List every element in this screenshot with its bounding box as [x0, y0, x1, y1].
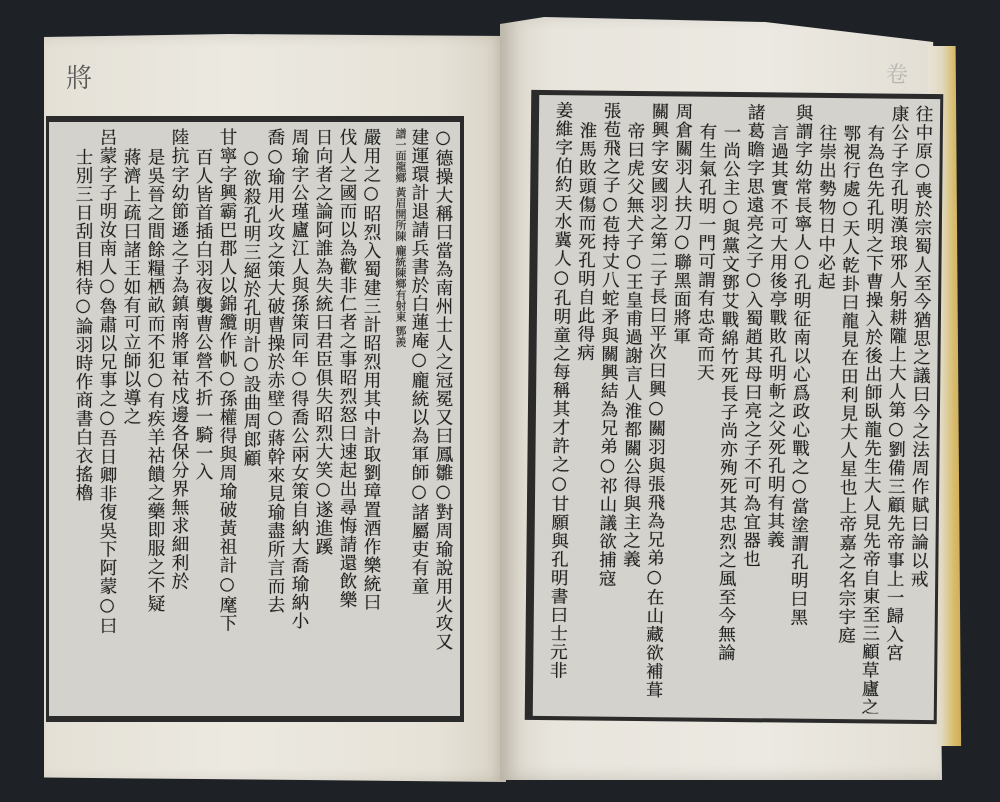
text-column: ○德操大稱曰當為南州士人之冠冕又曰鳳雛○對周瑜說用火攻又 — [432, 128, 454, 710]
text-column: 日向者之論阿誰為失統曰君臣俱失昭烈大笑○遂進蹊 — [312, 128, 334, 710]
text-column: 蔣濟上疏曰諸王如有可立師以導之 — [120, 128, 142, 710]
left-print-block: ○德操大稱曰當為南州士人之冠冕又曰鳳雛○對周瑜說用火攻又 建運環計退請兵書於白蓮… — [46, 116, 464, 722]
left-text-columns: ○德操大稱曰當為南州士人之冠冕又曰鳳雛○對周瑜說用火攻又 建運環計退請兵書於白蓮… — [55, 128, 454, 710]
text-column: 伐人之國而以為歡非仁者之事昭烈怒曰速起出尋悔請還飲樂 — [336, 128, 358, 710]
text-column: 陸抗字幼節遜之子為鎮南將軍祜戍邊各保分界無求細利於 — [168, 128, 190, 710]
left-page-corner-mark: 將 — [66, 58, 92, 95]
right-print-block: 往中原○喪於宗蜀人至今猶思之議曰今之法周作賦曰論以戒 康公子字孔明漢琅邪人躬耕隴… — [525, 90, 944, 724]
text-column: 甘寧字興霸巴郡人以錦纜作帆○孫權得與周瑜破黃祖計○麾下 — [216, 128, 238, 710]
text-column: 是吳晉之間餘糧栖畝而不犯○有疾羊祜饋之藥即服之不疑 — [144, 128, 166, 710]
text-column: 往中原○喪於宗蜀人至今猶思之議曰今之法周作賦曰論以戒 — [906, 105, 934, 714]
text-column: ○欲殺孔明三絕於孔明計○設曲周郎顧 — [240, 128, 262, 710]
right-page-corner-mark: 卷 — [886, 58, 908, 89]
text-column: 呂蒙字子明汝南人○魯肅以兄事之○吾日卿非復吳下阿蒙○曰 — [96, 128, 118, 710]
text-column: 士別三日刮目相待○論羽時作商書白衣搖櫓 — [72, 128, 94, 710]
text-column: 周瑜字公瑾廬江人與孫策同年○得喬公兩女策自納大喬瑜納小 — [288, 128, 310, 710]
right-text-columns: 往中原○喪於宗蜀人至今猶思之議曰今之法周作賦曰論以戒 康公子字孔明漢琅邪人躬耕隴… — [539, 101, 934, 714]
text-column-annotation: 譜一面龍鄉 黃眉開所陳 龐統陳鄉有射東 鄧羨 — [384, 128, 406, 710]
text-column: 嚴用之○昭烈入蜀建三計昭烈用其中計取劉璋置酒作樂統曰 — [360, 128, 382, 710]
text-column: 喬○瑜用火攻之策大破曹操於赤壁○蔣幹來見瑜盡所言而去 — [264, 128, 286, 710]
open-book: 將 卷 ○德操大稱曰當為南州士人之冠冕又曰鳳雛○對周瑜說用火攻又 建運環計退請兵… — [0, 0, 1000, 802]
text-column: 建運環計退請兵書於白蓮庵○龐統以為軍師○諸屬吏有童 — [408, 128, 430, 710]
text-column: 百人皆首插白羽夜襲曹公營不折一騎一入 — [192, 128, 214, 710]
